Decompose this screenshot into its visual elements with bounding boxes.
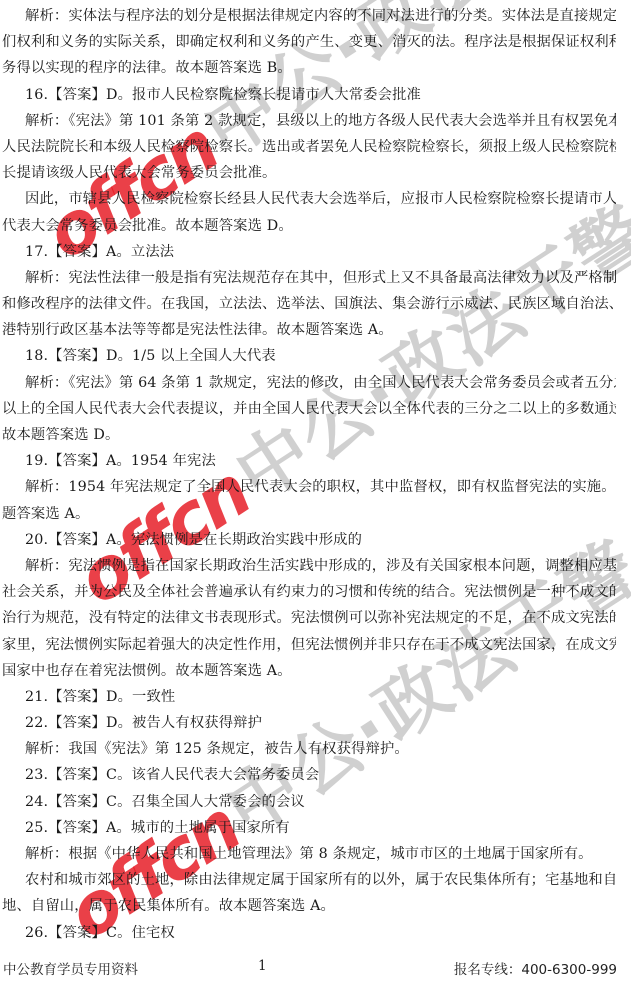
text-line: 国家中也存在着宪法惯例。故本题答案选 A。 <box>2 658 616 684</box>
text-line: 长提请该级人民代表大会常务委员会批准。 <box>2 160 616 186</box>
text-line: 解析：宪法性法律一般是指有宪法规范存在其中，但形式上又不具备最高法律效力以及严格… <box>2 265 616 291</box>
text-line: 解析：宪法惯例是指在国家长期政治生活实践中形成的，涉及有关国家根本问题，调整相应… <box>2 553 616 579</box>
answer-line-21: 21.【答案】D。一致性 <box>2 684 616 710</box>
answer-line-25: 25.【答案】A。城市的土地属于国家所有 <box>2 815 616 841</box>
text-line: 治行为规范，没有特定的法律文书表现形式。宪法惯例可以弥补宪法规定的不足，在不成文… <box>2 605 616 631</box>
text-line: 农村和城市郊区的土地，除由法律规定属于国家所有的以外，属于农民集体所有；宅基地和… <box>2 867 616 893</box>
page-number: 1 <box>258 958 267 974</box>
text-line: 解析：1954 年宪法规定了全国人民代表大会的职权，其中监督权，即有权监督宪法的… <box>2 474 616 500</box>
text-line: 解析：《宪法》第 101 条第 2 款规定，县级以上的地方各级人民代表大会选举并… <box>2 108 616 134</box>
text-line: 和修改程序的法律文件。在我国，立法法、选举法、国旗法、集会游行示威法、民族区域自… <box>2 291 616 317</box>
footer-hotline: 报名专线：400-6300-999 <box>454 958 617 978</box>
text-line: 社会关系，并为公民及全体社会普遍承认有约束力的习惯和传统的结合。宪法惯例是一种不… <box>2 579 616 605</box>
text-line: 人民法院院长和本级人民检察院检察长。选出或者罢免人民检察院检察长，须报上级人民检… <box>2 134 616 160</box>
text-line: 务得以实现的程序的法律。故本题答案选 B。 <box>2 55 616 81</box>
document-page: offcn中公·政法干警 offcn中公·政法干警 offcn中公·政法干警 解… <box>0 0 631 985</box>
answer-line-20: 20.【答案】A。宪法惯例是在长期政治实践中形成的 <box>2 527 616 553</box>
text-line: 家里，宪法惯例实际起着强大的决定性作用，但宪法惯例并非只存在于不成文宪法国家，在… <box>2 632 616 658</box>
text-line: 港特别行政区基本法等等都是宪法性法律。故本题答案选 A。 <box>2 317 616 343</box>
answer-line-19: 19.【答案】A。1954 年宪法 <box>2 448 616 474</box>
text-line: 以上的全国人民代表大会代表提议，并由全国人民代表大会以全体代表的三分之二以上的多… <box>2 396 616 422</box>
text-line: 解析：实体法与程序法的划分是根据法律规定内容的不同对法进行的分类。实体法是直接规… <box>2 3 616 29</box>
answer-line-18: 18.【答案】D。1/5 以上全国人大代表 <box>2 343 616 369</box>
answer-line-24: 24.【答案】C。召集全国人大常委会的会议 <box>2 789 616 815</box>
text-line: 解析：《宪法》第 64 条第 1 款规定，宪法的修改，由全国人民代表大会常务委员… <box>2 370 616 396</box>
text-line: 因此，市辖县人民检察院检察长经县人民代表大会选举后，应报市人民检察院检察长提请市… <box>2 186 616 212</box>
text-line: 代表大会常务委员会批准。故本题答案选 D。 <box>2 213 616 239</box>
text-line: 地、自留山，属于农民集体所有。故本题答案选 A。 <box>2 893 616 919</box>
page-footer: 中公教育学员专用资料 1 报名专线：400-6300-999 <box>0 955 631 979</box>
answer-line-22: 22.【答案】D。被告人有权获得辩护 <box>2 710 616 736</box>
answer-line-26: 26.【答案】C。住宅权 <box>2 920 616 946</box>
answer-line-17: 17.【答案】A。立法法 <box>2 239 616 265</box>
text-line: 题答案选 A。 <box>2 501 616 527</box>
footer-source-label: 中公教育学员专用资料 <box>3 958 138 978</box>
text-line: 解析：我国《宪法》第 125 条规定，被告人有权获得辩护。 <box>2 736 616 762</box>
answer-line-16: 16.【答案】D。报市人民检察院检察长提请市人大常委会批准 <box>2 82 616 108</box>
text-line: 解析：根据《中华人民共和国土地管理法》第 8 条规定，城市市区的土地属于国家所有… <box>2 841 616 867</box>
text-line: 们权利和义务的实际关系，即确定权利和义务的产生、变更、消灭的法。程序法是根据保证… <box>2 29 616 55</box>
text-line: 故本题答案选 D。 <box>2 422 616 448</box>
answer-explanations: 解析：实体法与程序法的划分是根据法律规定内容的不同对法进行的分类。实体法是直接规… <box>2 3 616 946</box>
answer-line-23: 23.【答案】C。该省人民代表大会常务委员会 <box>2 762 616 788</box>
